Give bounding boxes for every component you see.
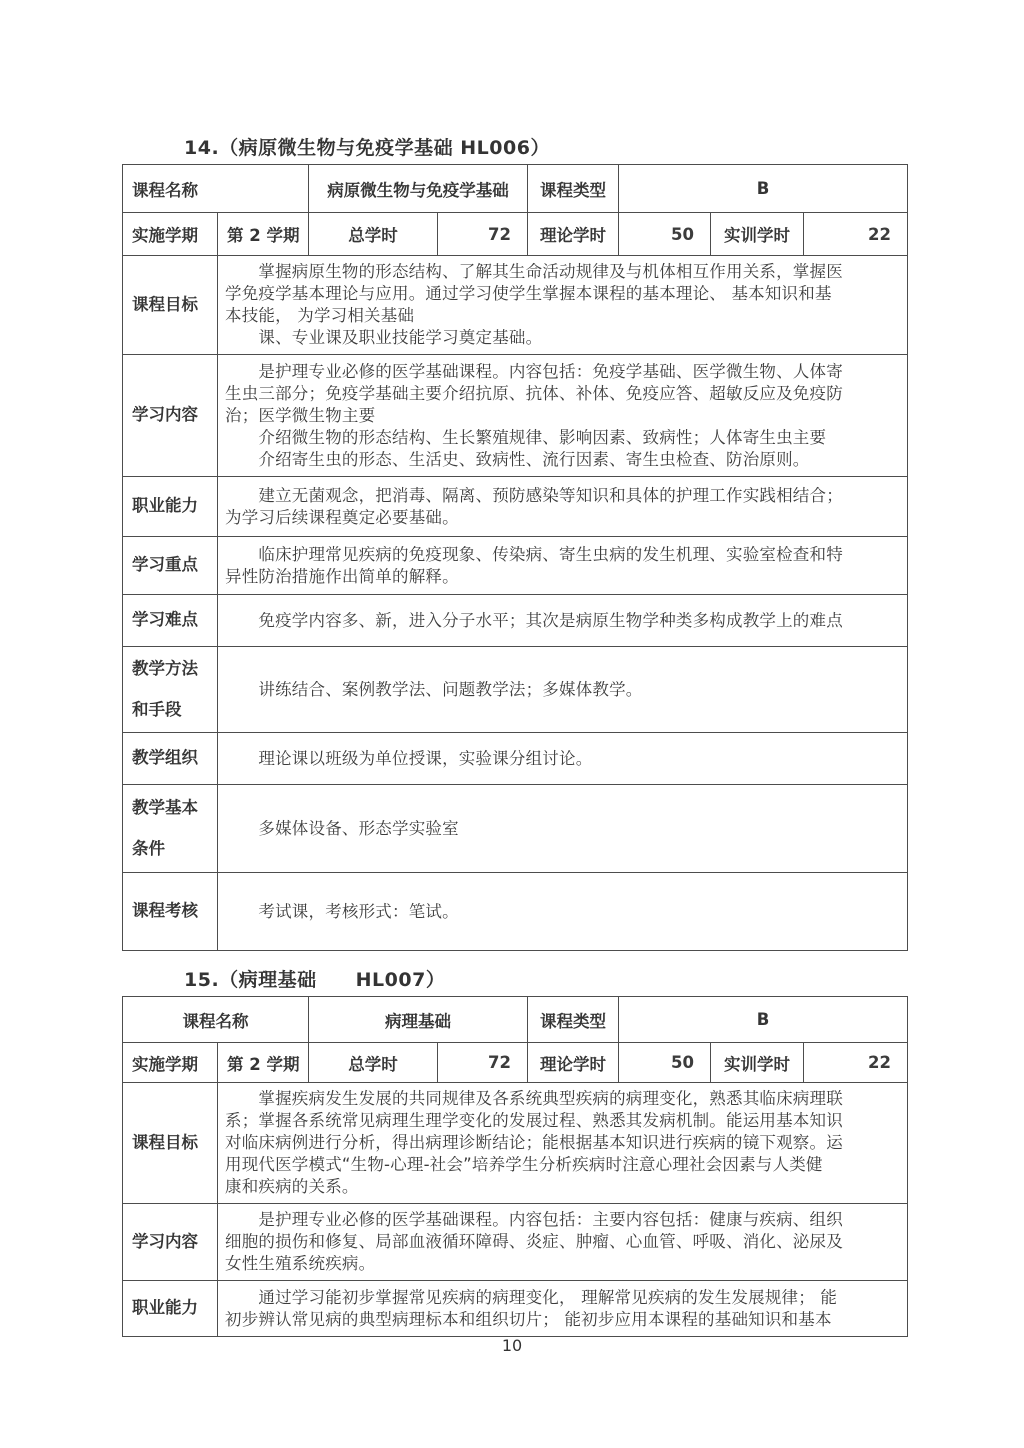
row-label-cell: 学习重点	[123, 537, 218, 595]
course-type-value: B	[619, 997, 908, 1043]
row-label-cell: 教学组织	[123, 733, 218, 785]
table-row: 教学基本 条件 多媒体设备、形态学实验室	[123, 785, 908, 873]
table-row: 教学组织 理论课以班级为单位授课，实验课分组讨论。	[123, 733, 908, 785]
semester-label: 实施学期	[123, 213, 218, 256]
course-name-label: 课程名称	[123, 165, 309, 213]
course-type-label: 课程类型	[528, 997, 619, 1043]
course-table-14: 课程名称 病原微生物与免疫学基础 课程类型 B 实施学期 第 2 学期 总学时 …	[122, 164, 908, 951]
row-content-cell: 多媒体设备、形态学实验室	[218, 785, 908, 873]
row-content-cell: 掌握疾病发生发展的共同规律及各系统典型疾病的病理变化，熟悉其临床病理联 系；掌握…	[218, 1083, 908, 1204]
row-label-cell: 教学方法 和手段	[123, 647, 218, 733]
row-label-cell: 职业能力	[123, 1281, 218, 1337]
row-content-cell: 讲练结合、案例教学法、问题教学法；多媒体教学。	[218, 647, 908, 733]
table-row: 课程考核 考试课，考核形式：笔试。	[123, 873, 908, 951]
table-row: 职业能力 建立无菌观念，把消毒、隔离、预防感染等知识和具体的护理工作实践相结合；…	[123, 477, 908, 537]
total-hours-value: 72	[438, 1043, 528, 1083]
row-content-cell: 是护理专业必修的医学基础课程。内容包括：免疫学基础、医学微生物、人体寄 生虫三部…	[218, 355, 908, 477]
table-row: 学习内容 是护理专业必修的医学基础课程。内容包括：主要内容包括：健康与疾病、组织…	[123, 1204, 908, 1281]
total-hours-label: 总学时	[309, 213, 438, 256]
row-label-cell: 课程目标	[123, 1083, 218, 1204]
semester-label: 实施学期	[123, 1043, 218, 1083]
course-name-label: 课程名称	[123, 997, 309, 1043]
row-content-cell: 考试课，考核形式：笔试。	[218, 873, 908, 951]
table-row: 实施学期 第 2 学期 总学时 72 理论学时 50 实训学时 22	[123, 1043, 908, 1083]
practice-hours-value: 22	[804, 1043, 908, 1083]
course-name-value: 病理基础	[309, 997, 528, 1043]
table-row: 实施学期 第 2 学期 总学时 72 理论学时 50 实训学时 22	[123, 213, 908, 256]
semester-value: 第 2 学期	[218, 1043, 309, 1083]
document-page: 14.（病原微生物与免疫学基础 HL006） 课程名称 病原微生物与免疫学基础 …	[0, 0, 1024, 1448]
table-row: 课程名称 病理基础 课程类型 B	[123, 997, 908, 1043]
theory-hours-label: 理论学时	[528, 213, 619, 256]
row-label-cell: 学习内容	[123, 355, 218, 477]
theory-hours-value: 50	[619, 1043, 711, 1083]
row-content-cell: 建立无菌观念，把消毒、隔离、预防感染等知识和具体的护理工作实践相结合； 为学习后…	[218, 477, 908, 537]
row-content-cell: 理论课以班级为单位授课，实验课分组讨论。	[218, 733, 908, 785]
row-content-cell: 免疫学内容多、新，进入分子水平；其次是病原生物学种类多构成教学上的难点	[218, 595, 908, 647]
course-type-value: B	[619, 165, 908, 213]
row-label-cell: 课程考核	[123, 873, 218, 951]
practice-hours-label: 实训学时	[711, 1043, 804, 1083]
total-hours-value: 72	[438, 213, 528, 256]
semester-value: 第 2 学期	[218, 213, 309, 256]
theory-hours-value: 50	[619, 213, 711, 256]
row-content-cell: 掌握病原生物的形态结构、了解其生命活动规律及与机体相互作用关系，掌握医 学免疫学…	[218, 256, 908, 355]
page-number: 10	[0, 1336, 1024, 1355]
table-row: 课程名称 病原微生物与免疫学基础 课程类型 B	[123, 165, 908, 213]
document-body: 14.（病原微生物与免疫学基础 HL006） 课程名称 病原微生物与免疫学基础 …	[0, 0, 1024, 1337]
total-hours-label: 总学时	[309, 1043, 438, 1083]
course-table-15: 课程名称 病理基础 课程类型 B 实施学期 第 2 学期 总学时 72 理论学时…	[122, 996, 908, 1337]
table-row: 职业能力 通过学习能初步掌握常见疾病的病理变化， 理解常见疾病的发生发展规律； …	[123, 1281, 908, 1337]
row-content-cell: 临床护理常见疾病的免疫现象、传染病、寄生虫病的发生机理、实验室检查和特 异性防治…	[218, 537, 908, 595]
practice-hours-value: 22	[804, 213, 908, 256]
table-caption-14: 14.（病原微生物与免疫学基础 HL006）	[122, 133, 970, 160]
row-label-cell: 学习难点	[123, 595, 218, 647]
course-name-value: 病原微生物与免疫学基础	[309, 165, 528, 213]
row-label-cell: 教学基本 条件	[123, 785, 218, 873]
table-row: 学习重点 临床护理常见疾病的免疫现象、传染病、寄生虫病的发生机理、实验室检查和特…	[123, 537, 908, 595]
practice-hours-label: 实训学时	[711, 213, 804, 256]
row-content-cell: 是护理专业必修的医学基础课程。内容包括：主要内容包括：健康与疾病、组织 细胞的损…	[218, 1204, 908, 1281]
table-caption-15: 15.（病理基础 HL007）	[122, 965, 970, 992]
row-label-cell: 学习内容	[123, 1204, 218, 1281]
theory-hours-label: 理论学时	[528, 1043, 619, 1083]
table-row: 课程目标 掌握疾病发生发展的共同规律及各系统典型疾病的病理变化，熟悉其临床病理联…	[123, 1083, 908, 1204]
row-content-cell: 通过学习能初步掌握常见疾病的病理变化， 理解常见疾病的发生发展规律； 能 初步辨…	[218, 1281, 908, 1337]
table-row: 课程目标 掌握病原生物的形态结构、了解其生命活动规律及与机体相互作用关系，掌握医…	[123, 256, 908, 355]
table-row: 学习难点 免疫学内容多、新，进入分子水平；其次是病原生物学种类多构成教学上的难点	[123, 595, 908, 647]
row-label-cell: 职业能力	[123, 477, 218, 537]
course-type-label: 课程类型	[528, 165, 619, 213]
table-row: 教学方法 和手段 讲练结合、案例教学法、问题教学法；多媒体教学。	[123, 647, 908, 733]
table-row: 学习内容 是护理专业必修的医学基础课程。内容包括：免疫学基础、医学微生物、人体寄…	[123, 355, 908, 477]
row-label-cell: 课程目标	[123, 256, 218, 355]
